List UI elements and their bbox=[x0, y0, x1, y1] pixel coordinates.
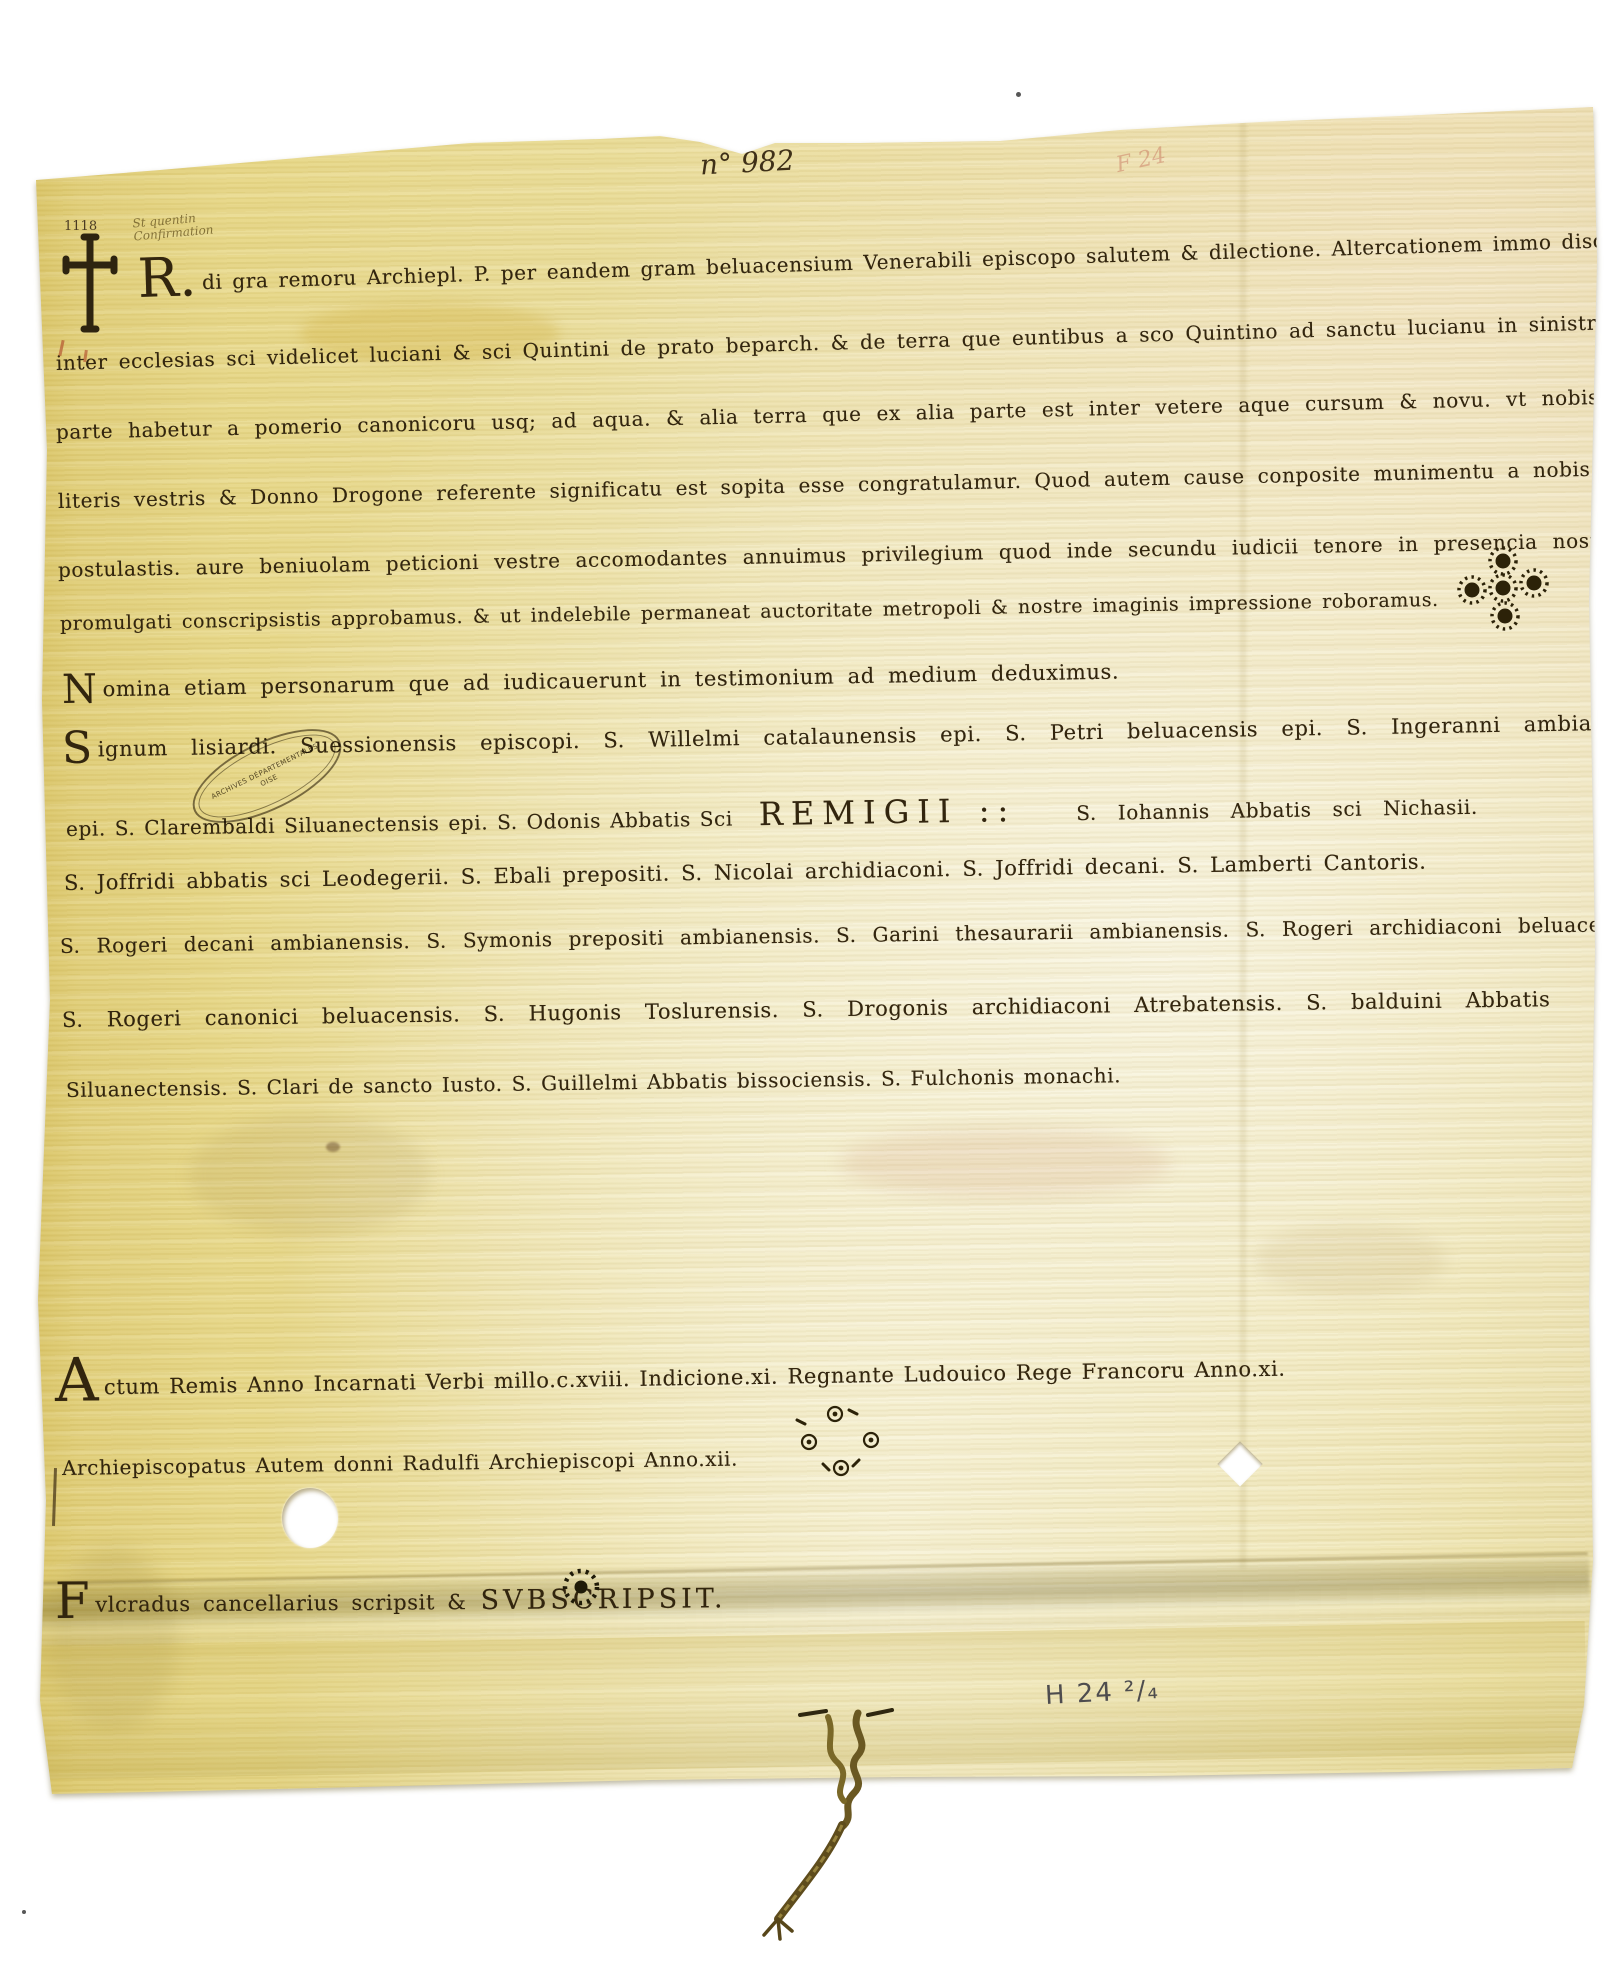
witness-line-2-pre: epi. S. Clarembaldi Siluanectensis epi. … bbox=[66, 807, 733, 841]
charter-line-6: promulgati conscripsistis approbamus. & … bbox=[60, 589, 1439, 635]
invocation-cross-icon bbox=[60, 233, 120, 333]
witness-line-2-post: S. Iohannis Abbatis sci Nichasii. bbox=[1076, 795, 1478, 825]
charter-line-7: Nomina etiam personarum que ad iudicauer… bbox=[62, 660, 1120, 702]
scan-speck bbox=[1016, 92, 1021, 97]
charter-line-3: parte habetur a pomerio canonicoru usq; … bbox=[56, 385, 1600, 444]
witness-line-6: Siluanectensis. S. Clari de sancto Iusto… bbox=[66, 1063, 1121, 1102]
parchment-wrap: 1118 St quentin Confirmation n° 982 F 24… bbox=[0, 0, 1623, 1977]
charter-line-1: R.di gra remoru Archiepl. P. per eandem … bbox=[138, 226, 1623, 296]
dating-clause-text: ctum Remis Anno Incarnati Verbi millo.c.… bbox=[104, 1357, 1286, 1400]
witness-line-4: S. Rogeri decani ambianensis. S. Symonis… bbox=[60, 912, 1623, 958]
initial-letter: N bbox=[62, 666, 98, 713]
scan-speck bbox=[22, 1910, 26, 1914]
initial-letter: R. bbox=[137, 245, 198, 310]
initial-letter: F bbox=[55, 1572, 91, 1630]
initial-letter: A bbox=[54, 1345, 99, 1416]
seal-cord bbox=[730, 1695, 900, 1965]
chancellor-line: Fvlcradus cancellarius scripsit &SVBSCRI… bbox=[55, 1583, 727, 1619]
archivist-note: St quentin Confirmation bbox=[132, 211, 214, 244]
faint-red-annotation: F 24 bbox=[1114, 143, 1168, 178]
witness-line-3: S. Joffridi abbatis sci Leodegerii. S. E… bbox=[64, 850, 1427, 895]
chancellor-line-text: vlcradus cancellarius scripsit & bbox=[95, 1590, 466, 1617]
charter-line-7-text: omina etiam personarum que ad iudicaueru… bbox=[102, 660, 1119, 702]
parchment: 1118 St quentin Confirmation n° 982 F 24… bbox=[0, 0, 1623, 1977]
number-annotation: n° 982 bbox=[699, 144, 795, 182]
charter-line-1-text: di gra remoru Archiepl. P. per eandem gr… bbox=[202, 226, 1623, 294]
stain bbox=[1255, 1225, 1445, 1295]
parchment-hole-diamond bbox=[1217, 1441, 1262, 1486]
pen-stroke bbox=[52, 1468, 57, 1526]
rosette-cross-decoration bbox=[1448, 533, 1558, 643]
charter-line-2: inter ecclesias sci videlicet luciani & … bbox=[56, 310, 1610, 375]
parchment-hole-circle bbox=[282, 1488, 338, 1548]
charter-line-4: literis vestris & Donno Drogone referent… bbox=[58, 456, 1623, 513]
stain bbox=[840, 1128, 1170, 1198]
charter-line-5: postulastis. aure beniuolam peticioni ve… bbox=[58, 528, 1621, 582]
stain bbox=[326, 1142, 340, 1152]
archiepiscopate-line: Archiepiscopatus Autem donni Radulfi Arc… bbox=[62, 1447, 738, 1480]
initial-letter: S bbox=[62, 722, 94, 774]
dotted-rosette-decoration bbox=[556, 1562, 606, 1612]
witness-line-5: S. Rogeri canonici beluacensis. S. Hugon… bbox=[62, 987, 1551, 1032]
stain bbox=[190, 1115, 430, 1235]
dating-clause: Actum Remis Anno Incarnati Verbi millo.c… bbox=[55, 1357, 1286, 1400]
ringlet-rosette-decoration bbox=[795, 1400, 925, 1490]
remigii-display-caps: REMIGII :: bbox=[759, 791, 1017, 833]
shelfmark-annotation: H 24 ²/₄ bbox=[1044, 1675, 1160, 1711]
year-annotation: 1118 bbox=[64, 219, 97, 234]
manuscript-scan: 1118 St quentin Confirmation n° 982 F 24… bbox=[0, 0, 1623, 1977]
